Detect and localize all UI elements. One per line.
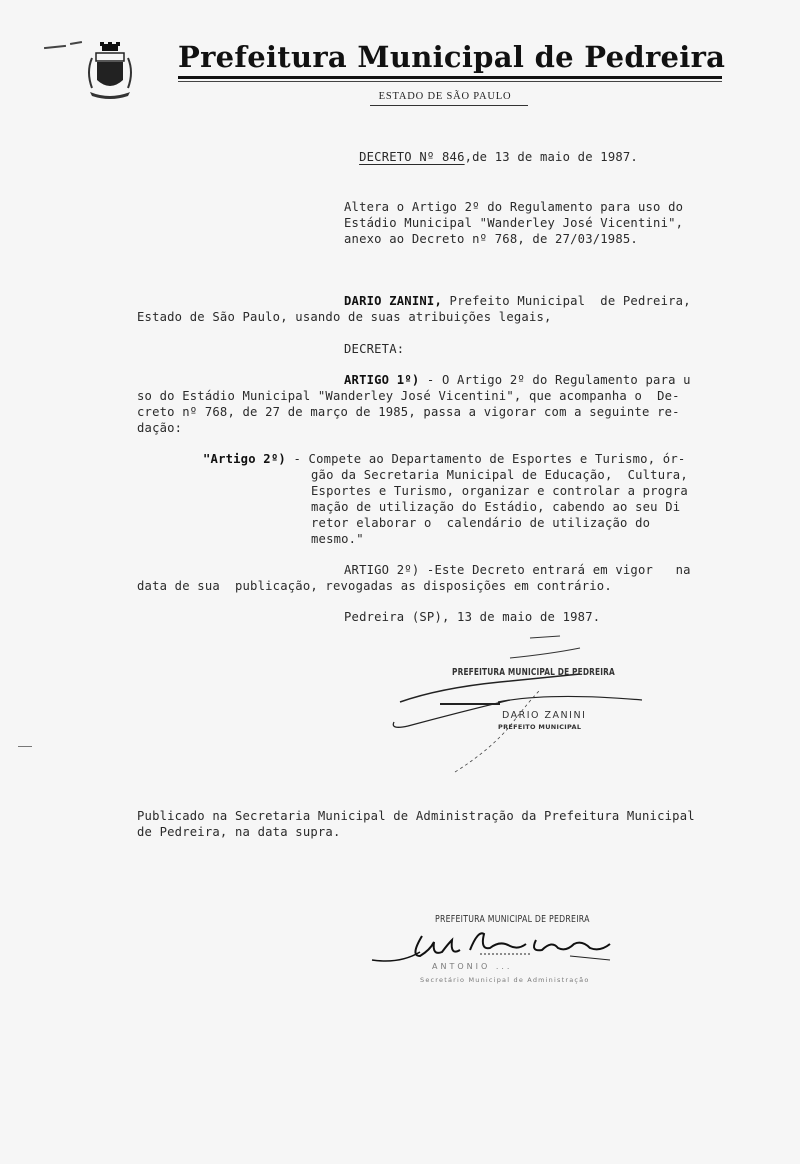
article-2-label: ARTIGO 2º)	[344, 563, 419, 577]
preamble-second-line: Estado de São Paulo, usando de suas atri…	[137, 310, 552, 324]
scan-mark	[44, 45, 66, 49]
decree-date: ,de 13 de maio de 1987.	[465, 150, 638, 164]
summary-line: Estádio Municipal "Wanderley José Vicent…	[344, 216, 683, 230]
publication-line: de Pedreira, na data supra.	[137, 825, 341, 839]
decree-heading: DECRETO Nº 846,de 13 de maio de 1987.	[344, 136, 638, 164]
publication-line: Publicado na Secretaria Municipal de Adm…	[137, 809, 695, 823]
quoted-article-label: "Artigo 2º)	[203, 452, 286, 466]
secretary-stamp-role: Secretário Municipal de Administração	[420, 976, 590, 984]
subtitle-rule	[370, 105, 528, 106]
secretary-stamp-name: ANTONIO ...	[432, 962, 512, 971]
decreta-heading: DECRETA:	[344, 342, 404, 356]
mayor-name: DARIO ZANINI,	[344, 294, 442, 308]
summary-line: anexo ao Decreto nº 768, de 27/03/1985.	[344, 232, 638, 246]
letterhead-rule	[178, 76, 722, 79]
article-1-line: creto nº 768, de 27 de março de 1985, pa…	[137, 405, 680, 419]
preamble-first-line: DARIO ZANINI, Prefeito Municipal de Pedr…	[344, 294, 691, 308]
mayor-stamp-role: PREFEITO MUNICIPAL	[498, 723, 581, 731]
place-date: Pedreira (SP), 13 de maio de 1987.	[344, 610, 600, 624]
quoted-article-line: retor elaborar o calendário de utilizaçã…	[311, 516, 650, 530]
article-2-line: data de sua publicação, revogadas as dis…	[137, 579, 612, 593]
article-1-line: ARTIGO 1º) - O Artigo 2º do Regulamento …	[344, 373, 691, 387]
quoted-article-line: Esportes e Turismo, organizar e controla…	[311, 484, 688, 498]
decree-number: DECRETO Nº 846	[359, 150, 465, 164]
letterhead-rule-thin	[178, 81, 722, 82]
quoted-article-line: mação de utilização do Estádio, cabendo …	[311, 500, 680, 514]
article-1-line: so do Estádio Municipal "Wanderley José …	[137, 389, 680, 403]
letterhead-subtitle: ESTADO DE SÃO PAULO	[0, 91, 800, 102]
article-1-label: ARTIGO 1º)	[344, 373, 419, 387]
quoted-article-line: mesmo."	[311, 532, 364, 546]
summary-line: Altera o Artigo 2º do Regulamento para u…	[344, 200, 683, 214]
article-1-text: - O Artigo 2º do Regulamento para u	[419, 373, 690, 387]
mayor-stamp-name: DARIO ZANINI	[502, 710, 586, 721]
handwritten-signature-icon	[360, 900, 640, 1000]
quoted-article-line: gão da Secretaria Municipal de Educação,…	[311, 468, 688, 482]
quoted-article-line: "Artigo 2º) - Compete ao Departamento de…	[203, 452, 685, 466]
letterhead-title: Prefeitura Municipal de Pedreira	[178, 40, 725, 74]
scan-mark	[18, 746, 32, 747]
article-2-text: -Este Decreto entrará em vigor na	[419, 563, 690, 577]
handwritten-signature-icon	[380, 630, 660, 780]
preamble-text: Prefeito Municipal de Pedreira,	[442, 294, 691, 308]
secretary-signature-block: PREFEITURA MUNICIPAL DE PEDREIRA ANTONIO…	[360, 900, 640, 1000]
article-1-line: dação:	[137, 421, 182, 435]
article-2-line: ARTIGO 2º) -Este Decreto entrará em vigo…	[344, 563, 691, 577]
scan-mark	[70, 41, 82, 45]
quoted-article-text: - Compete ao Departamento de Esportes e …	[286, 452, 686, 466]
mayor-signature-block: PREFEITURA MUNICIPAL DE PEDREIRA DARIO Z…	[380, 630, 660, 780]
mayor-stamp-header: PREFEITURA MUNICIPAL DE PEDREIRA	[452, 667, 615, 678]
